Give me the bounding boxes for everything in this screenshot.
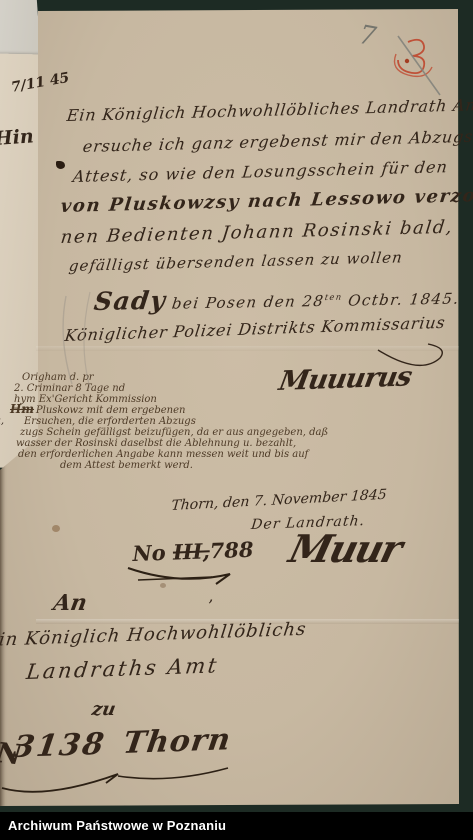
- dateline-mid: bei Posen den 28: [171, 292, 326, 313]
- ink-blot: [56, 161, 65, 169]
- journal-number-struck: III,: [172, 538, 210, 564]
- address-place: Thorn: [121, 722, 233, 761]
- marginal-note: Origham d. pr 2. Criminar 8 Tage nd hym …: [14, 372, 454, 471]
- note-line: 2. Criminar 8 Tage nd: [14, 383, 454, 394]
- note-line: zu Pluskowz mit dem ergebenen: [21, 405, 454, 416]
- note-line: hym Ex'Gericht Kommission: [14, 394, 454, 405]
- journal-number: No III,788: [132, 537, 254, 566]
- note-line: Ersuchen, die erforderten Abzugs: [24, 416, 454, 427]
- address-salutation: An: [51, 590, 89, 616]
- paper-crease: [36, 346, 459, 351]
- journal-number-prefix: No: [132, 540, 166, 566]
- landrat-signature: Muur: [285, 526, 406, 571]
- note-line: wasser der Rosinski daselbst die Ablehnu…: [16, 438, 454, 449]
- archival-scan-viewer: ) y eau, B 7 7/11 45 Hin Ein Königlich H…: [0, 0, 473, 840]
- stray-mark: ’: [208, 596, 213, 615]
- note-line: den erforderlichen Angabe kann messen we…: [18, 449, 454, 460]
- margin-scrawl: B: [0, 433, 1, 453]
- dateline-ordinal: ten: [324, 292, 343, 302]
- dateline-end: Octbr. 1845.: [341, 290, 461, 310]
- ink-stain: [52, 525, 60, 532]
- margin-scrawl: eau,: [0, 415, 4, 426]
- journal-number-value: 788: [209, 537, 254, 564]
- note-line: zugs Schein gefälligst beizufügen, da er…: [20, 427, 454, 438]
- address-number: 3138: [11, 727, 108, 765]
- struck-word: Hm: [10, 402, 34, 416]
- ink-stain: [160, 583, 166, 588]
- address-line: zu: [90, 699, 117, 720]
- dateline-place: Sady: [92, 286, 168, 316]
- archive-name-label: Archiwum Państwowe w Poznaniu: [8, 818, 226, 833]
- note-line: Origham d. pr: [22, 372, 454, 383]
- archive-footer-bar: Archiwum Państwowe w Poznaniu: [0, 812, 473, 840]
- note-line: dem Attest bemerkt werd.: [60, 460, 454, 471]
- registry-scrawl: Hin: [0, 125, 34, 150]
